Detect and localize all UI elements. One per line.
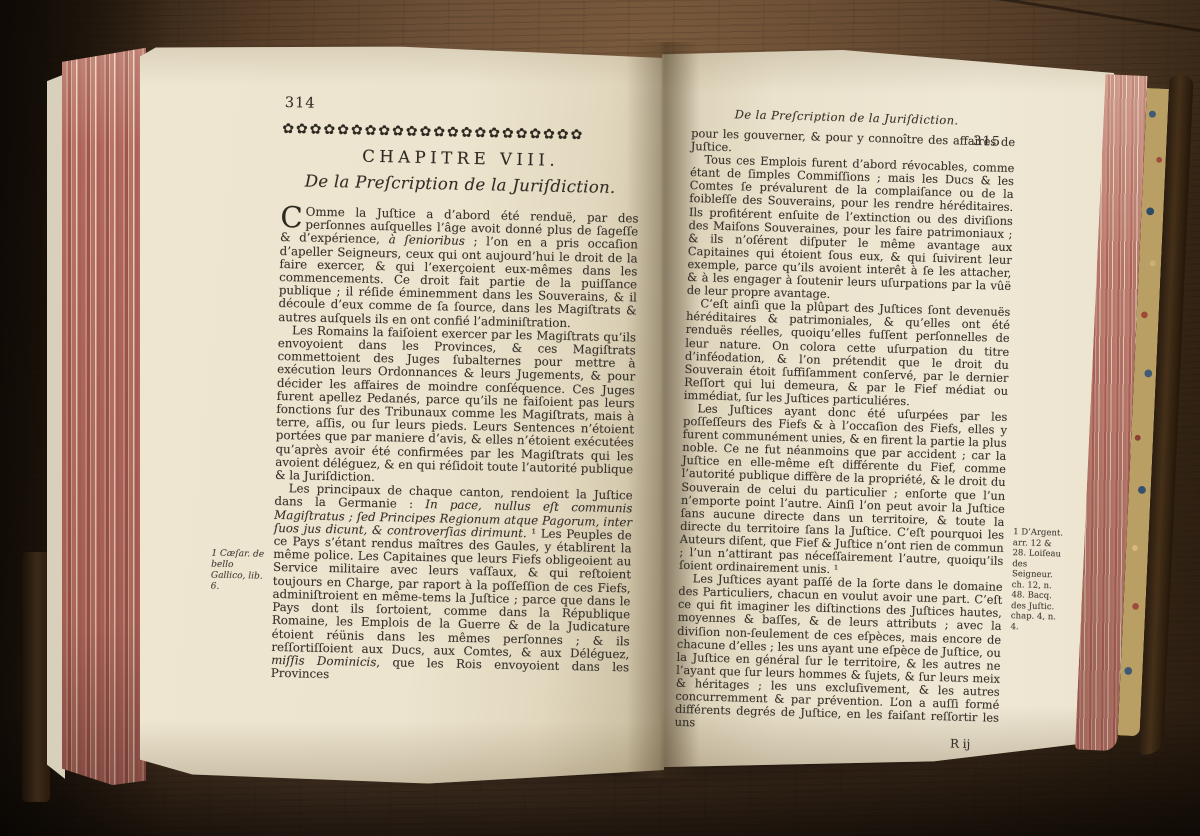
paragraph: Les Juſtices ayant paſſé de la ſorte dan… <box>675 572 1003 738</box>
headpiece-ornament-row: ✿✿✿✿✿✿✿✿✿✿✿✿✿✿✿✿✿✿✿✿✿✿ <box>282 121 640 144</box>
left-board-edge <box>22 552 50 802</box>
left-page-stack-red-edge <box>62 44 146 788</box>
page-number-315: 315 <box>973 134 1001 150</box>
paragraph: Les Juſtices ayant donc été uſurpées par… <box>679 402 1008 581</box>
right-page-body: pour les gouverner, & pour y connoître d… <box>674 127 1015 752</box>
paragraph: Les principaux de chaque canton, rendoie… <box>271 482 633 688</box>
left-page-body: COmme la Juſtice a d’abord été renduë, p… <box>271 205 639 688</box>
photo-of-open-book: 314 ✿✿✿✿✿✿✿✿✿✿✿✿✿✿✿✿✿✿✿✿✿✿ CHAPITRE VIII… <box>0 0 1200 836</box>
chapter-heading: CHAPITRE VIII. <box>282 145 640 171</box>
margin-note-left: 1 Cæſar. de bello Gallico, lib. 6. <box>211 549 270 594</box>
left-page-text-block: 314 ✿✿✿✿✿✿✿✿✿✿✿✿✿✿✿✿✿✿✿✿✿✿ CHAPITRE VIII… <box>271 95 641 688</box>
paragraph: C’eſt ainſi que la plûpart des Juſtices … <box>684 297 1011 411</box>
page-number-314: 314 <box>285 95 316 112</box>
chapter-subtitle: De la Preſcription de la Juriſdiction. <box>281 171 639 197</box>
paragraph: COmme la Juſtice a d’abord été renduë, p… <box>278 205 638 331</box>
paragraph: Tous ces Emplois furent d’abord révocabl… <box>687 153 1015 306</box>
right-page-text-block: De la Preſcription de la Juriſdiction. 3… <box>674 104 1016 752</box>
margin-note-right: 1 D’Argent. arr. 12 & 28. Loiſeau des Se… <box>1010 527 1065 633</box>
paragraph: Les Romains la faiſoient exercer par les… <box>275 324 636 490</box>
